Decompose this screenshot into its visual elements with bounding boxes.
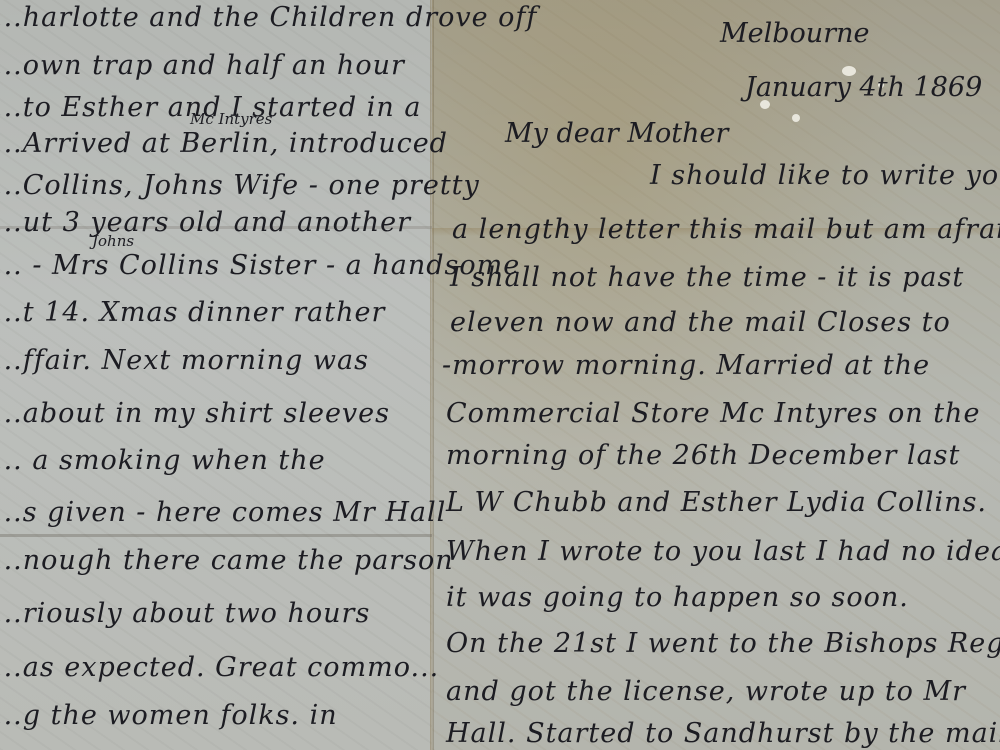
letter-date: January 4th 1869 [745,72,982,103]
letter-line-left: ...g the women folks. in [0,700,338,731]
horizontal-fold-crease-left [0,534,432,537]
letter-line-left: ...harlotte and the Children drove off [0,2,537,33]
letter-line-left: ...as expected. Great commo... [0,652,439,683]
letter-line-right: When I wrote to you last I had no idea [446,536,1000,567]
letter-line-right: -morrow morning. Married at the [442,350,930,381]
letter-line-right: and got the license, wrote up to Mr [446,676,966,707]
letter-line-right: Commercial Store Mc Intyres on the [446,398,980,429]
letter-place: Melbourne [720,18,869,49]
letter-line-left: ...nough there came the parson [0,545,454,576]
letter-line-right: eleven now and the mail Closes to [450,307,951,338]
letter-salutation: My dear Mother [505,118,728,149]
letter-line-right: L W Chubb and Esther Lydia Collins. [446,487,987,518]
letter-line-right: Hall. Started to Sandhurst by the mail [446,718,1000,749]
letter-line-left: ...ffair. Next morning was [0,345,369,376]
interlinear-insertion: Johns [92,232,134,250]
letter-photograph: ...harlotte and the Children drove off .… [0,0,1000,750]
letter-line-right: I should like to write you [650,160,1000,191]
letter-line-right: On the 21st I went to the Bishops Regis.… [446,628,1000,659]
letter-line-left: ...riously about two hours [0,598,370,629]
letter-line-left: ... a smoking when the [0,445,326,476]
letter-line-right: morning of the 26th December last [446,440,960,471]
letter-line-left: ... - Mrs Collins Sister - a handsome [0,250,520,281]
letter-line-left: ...about in my shirt sleeves [0,398,390,429]
letter-line-left: ...Arrived at Berlin, introduced [0,128,448,159]
letter-line-left: ...s given - here comes Mr Hall [0,497,446,528]
paper-damage-spot [792,114,800,122]
letter-line-right: a lengthy letter this mail but am afraid [452,214,1000,245]
interlinear-insertion: Mc Intyres [190,110,272,128]
letter-line-left: ...Collins, Johns Wife - one pretty [0,170,480,201]
letter-line-right: I shall not have the time - it is past [450,262,964,293]
letter-line-left: ...ut 3 years old and another [0,207,411,238]
letter-line-right: it was going to happen so soon. [446,582,909,613]
letter-line-left: ...t 14. Xmas dinner rather [0,297,385,328]
letter-line-left: ...own trap and half an hour [0,50,405,81]
vertical-fold-crease [430,0,434,750]
